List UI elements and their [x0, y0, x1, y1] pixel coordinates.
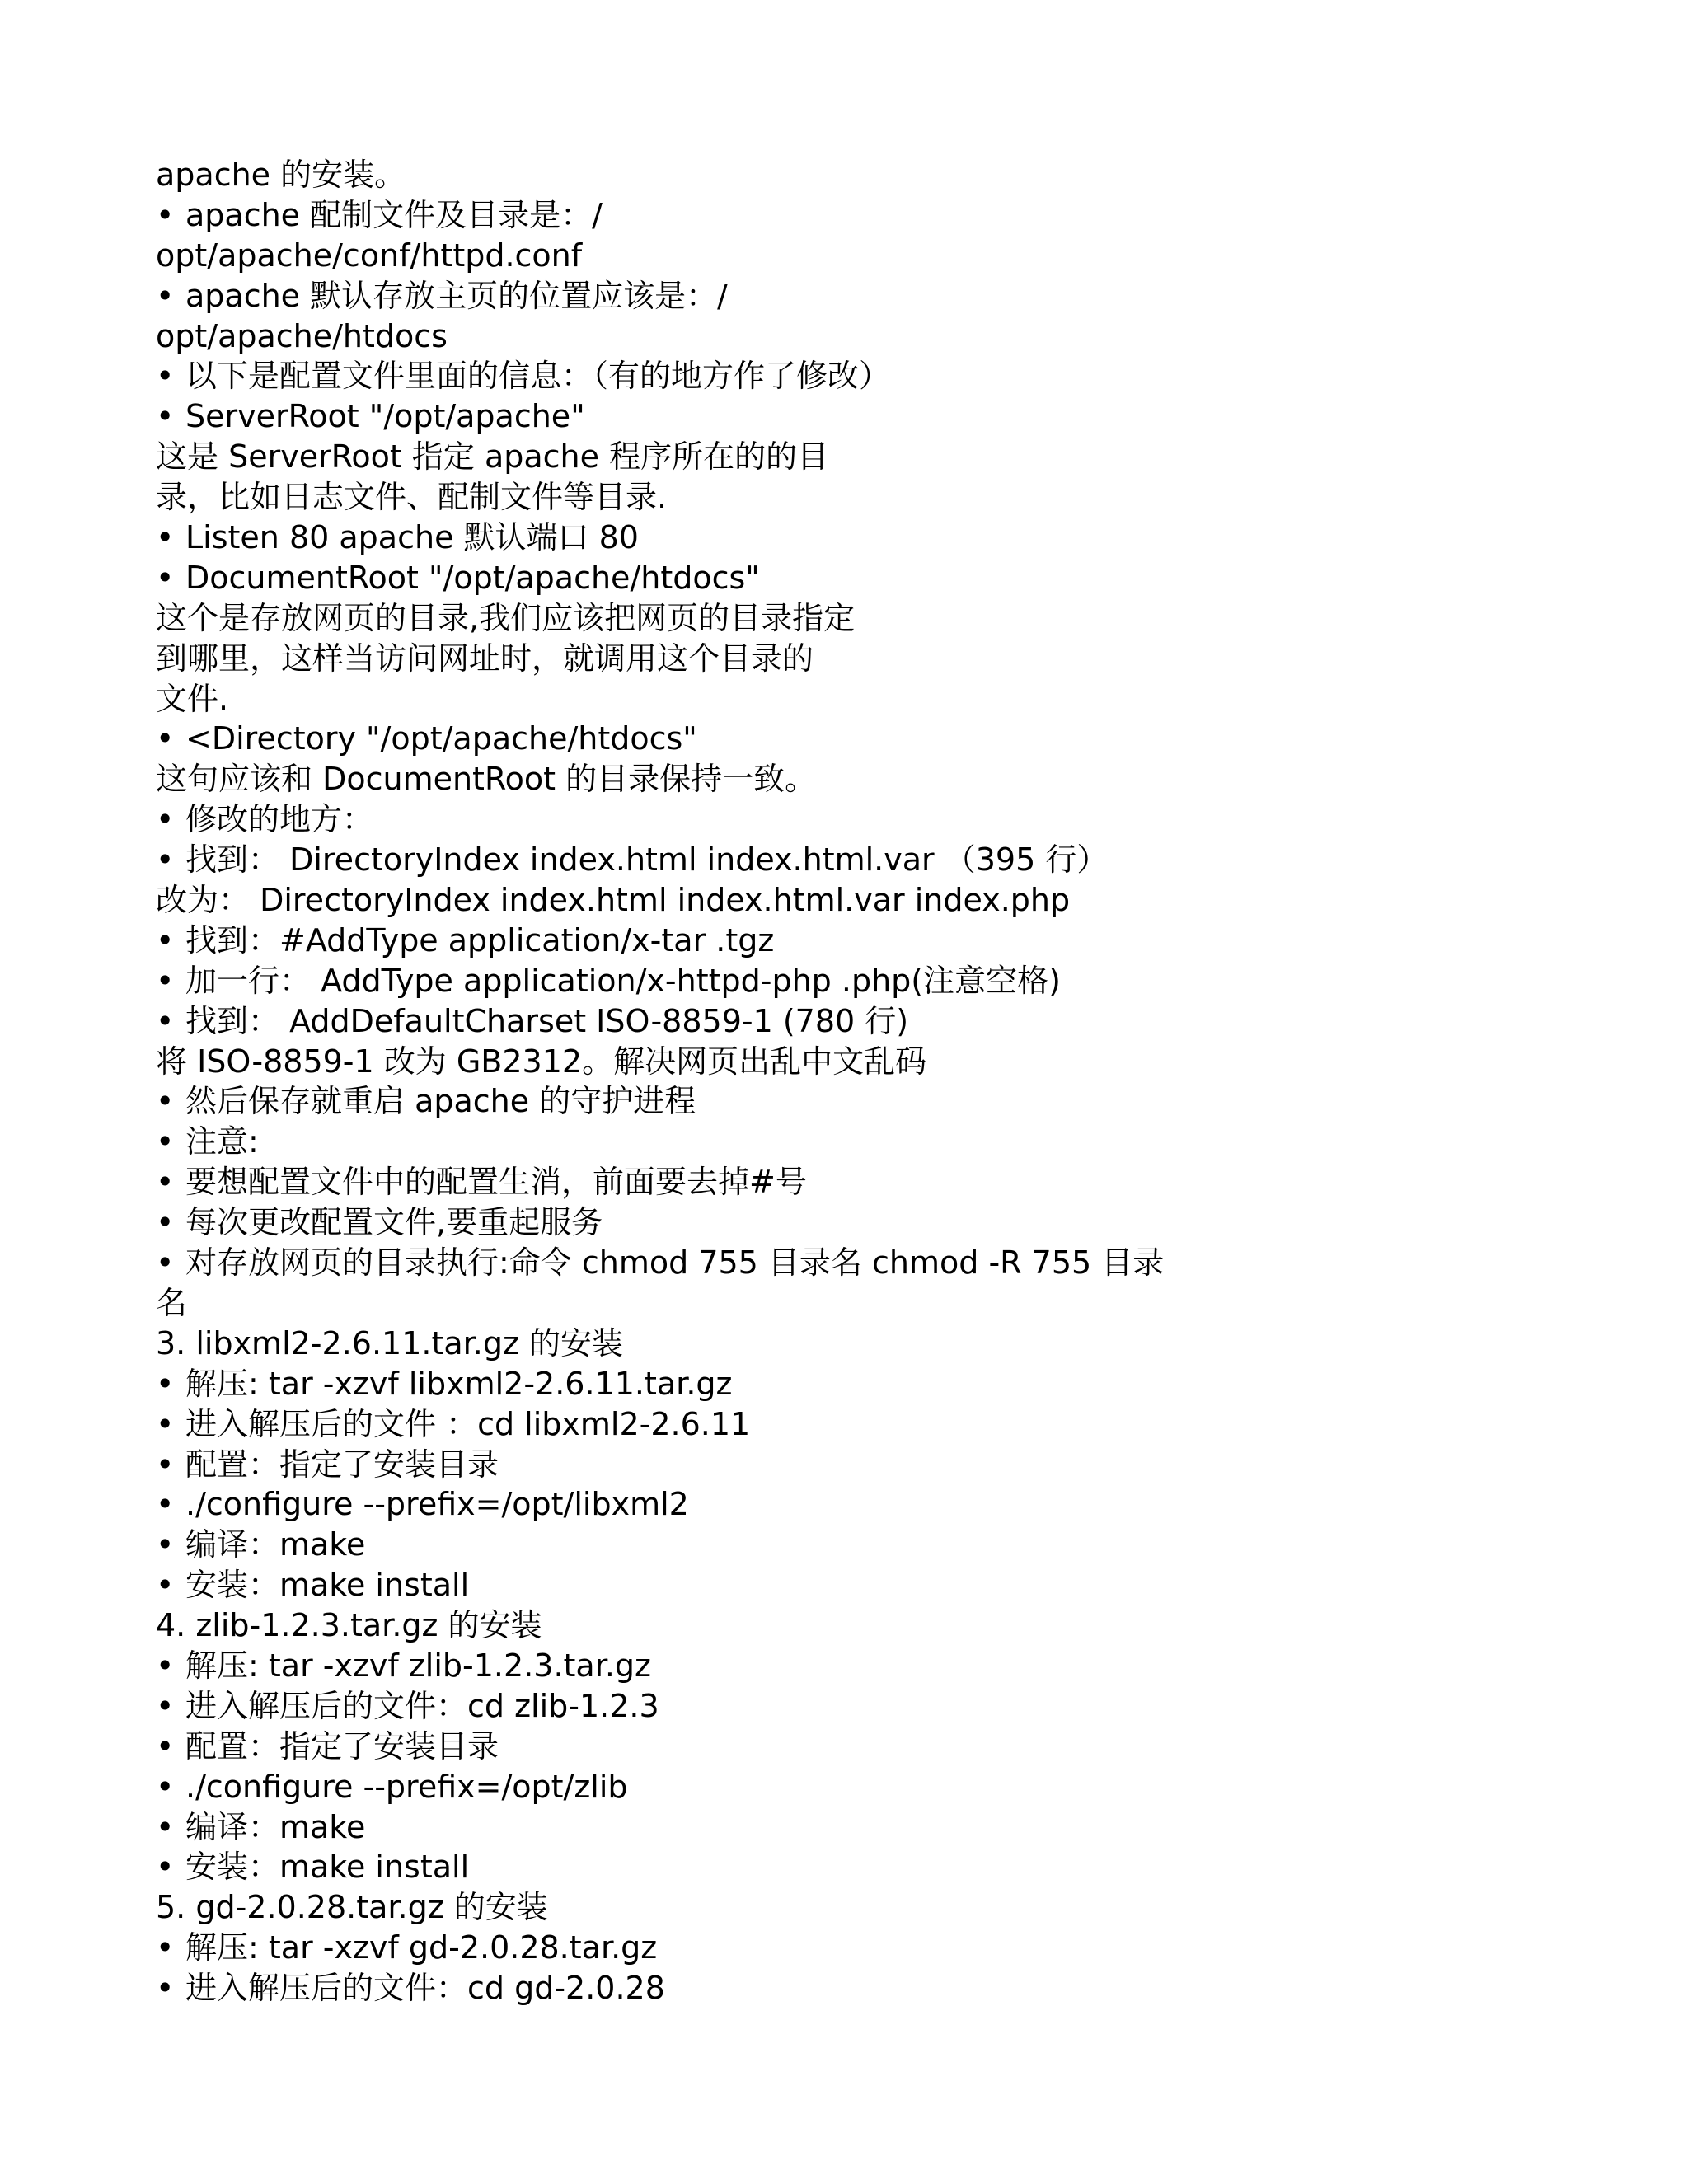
bullet-icon: • — [156, 1968, 185, 2008]
bullet-icon: • — [156, 961, 185, 1001]
bullet-icon: • — [156, 518, 185, 558]
bullet-line: •DocumentRoot "/opt/apache/htdocs" — [156, 558, 1557, 598]
bullet-icon: • — [156, 195, 185, 236]
bullet-line: •要想配置文件中的配置生消，前面要去掉#号 — [156, 1162, 1557, 1202]
bullet-icon: • — [156, 1484, 185, 1525]
bullet-line: •安装：make install — [156, 1847, 1557, 1887]
bullet-line: •进入解压后的文件 ：cd libxml2-2.6.11 — [156, 1404, 1557, 1445]
bullet-icon: • — [156, 1162, 185, 1202]
bullet-icon: • — [156, 1525, 185, 1565]
bullet-line: •apache 配制文件及目录是：/ — [156, 195, 1557, 236]
section-heading: 4. zlib-1.2.3.tar.gz 的安装 — [156, 1605, 1557, 1646]
bullet-icon: • — [156, 1081, 185, 1122]
bullet-line: •然后保存就重启 apache 的守护进程 — [156, 1081, 1557, 1122]
bullet-icon: • — [156, 1202, 185, 1243]
bullet-icon: • — [156, 1767, 185, 1807]
bullet-icon: • — [156, 1364, 185, 1404]
text-line: opt/apache/htdocs — [156, 316, 1557, 357]
bullet-line: •找到： AddDefaultCharset ISO-8859-1 (780 行… — [156, 1001, 1557, 1042]
bullet-line: •安装：make install — [156, 1565, 1557, 1605]
bullet-icon: • — [156, 396, 185, 437]
bullet-icon: • — [156, 1686, 185, 1727]
bullet-line: •编译：make — [156, 1525, 1557, 1565]
bullet-icon: • — [156, 719, 185, 759]
bullet-icon: • — [156, 1847, 185, 1887]
bullet-line: •注意: — [156, 1122, 1557, 1162]
text-line: 这个是存放网页的目录,我们应该把网页的目录指定 — [156, 598, 1557, 639]
bullet-line: •每次更改配置文件,要重起服务 — [156, 1202, 1557, 1243]
bullet-line: •ServerRoot "/opt/apache" — [156, 396, 1557, 437]
bullet-line: •找到： DirectoryIndex index.html index.htm… — [156, 840, 1557, 880]
bullet-icon: • — [156, 1565, 185, 1605]
text-line: 改为： DirectoryIndex index.html index.html… — [156, 880, 1557, 921]
bullet-line: •解压: tar -xzvf gd-2.0.28.tar.gz — [156, 1928, 1557, 1968]
bullet-line: •解压: tar -xzvf zlib-1.2.3.tar.gz — [156, 1646, 1557, 1686]
bullet-line: •进入解压后的文件：cd zlib-1.2.3 — [156, 1686, 1557, 1727]
bullet-icon: • — [156, 840, 185, 880]
text-line: 到哪里，这样当访问网址时，就调用这个目录的 — [156, 639, 1557, 679]
bullet-icon: • — [156, 1646, 185, 1686]
text-line: 名 — [156, 1283, 1557, 1324]
bullet-icon: • — [156, 1445, 185, 1485]
section-heading: 3. libxml2-2.6.11.tar.gz 的安装 — [156, 1324, 1557, 1364]
bullet-icon: • — [156, 921, 185, 961]
bullet-line: •apache 默认存放主页的位置应该是：/ — [156, 276, 1557, 316]
bullet-line: •以下是配置文件里面的信息：（有的地方作了修改） — [156, 356, 1557, 396]
section-heading: 5. gd-2.0.28.tar.gz 的安装 — [156, 1887, 1557, 1928]
bullet-line: •解压: tar -xzvf libxml2-2.6.11.tar.gz — [156, 1364, 1557, 1404]
bullet-icon: • — [156, 1404, 185, 1445]
bullet-line: •加一行： AddType application/x-httpd-php .p… — [156, 961, 1557, 1001]
bullet-icon: • — [156, 799, 185, 840]
bullet-icon: • — [156, 1122, 185, 1162]
bullet-icon: • — [156, 1727, 185, 1767]
bullet-line: •进入解压后的文件：cd gd-2.0.28 — [156, 1968, 1557, 2008]
text-line: opt/apache/conf/httpd.conf — [156, 236, 1557, 276]
bullet-icon: • — [156, 1243, 185, 1283]
bullet-icon: • — [156, 558, 185, 598]
bullet-line: •Listen 80 apache 默认端口 80 — [156, 518, 1557, 558]
bullet-line: •找到：#AddType application/x-tar .tgz — [156, 921, 1557, 961]
text-line: 这是 ServerRoot 指定 apache 程序所在的的目 — [156, 437, 1557, 477]
text-line: 录，比如日志文件、配制文件等目录. — [156, 477, 1557, 518]
bullet-line: •编译：make — [156, 1807, 1557, 1848]
text-line: 文件. — [156, 679, 1557, 719]
bullet-line: •配置：指定了安装目录 — [156, 1445, 1557, 1485]
bullet-line: •配置：指定了安装目录 — [156, 1727, 1557, 1767]
text-line: 这句应该和 DocumentRoot 的目录保持一致。 — [156, 759, 1557, 799]
bullet-icon: • — [156, 356, 185, 396]
bullet-icon: • — [156, 1807, 185, 1848]
bullet-line: •修改的地方： — [156, 799, 1557, 840]
bullet-line: •对存放网页的目录执行:命令 chmod 755 目录名 chmod -R 75… — [156, 1243, 1557, 1283]
bullet-icon: • — [156, 276, 185, 316]
bullet-line: •./configure --prefix=/opt/libxml2 — [156, 1484, 1557, 1525]
bullet-icon: • — [156, 1001, 185, 1042]
text-line: 将 ISO-8859-1 改为 GB2312。解决网页出乱中文乱码 — [156, 1042, 1557, 1082]
bullet-icon: • — [156, 1928, 185, 1968]
document-page: apache 的安装。 •apache 配制文件及目录是：/ opt/apach… — [156, 155, 1557, 2008]
bullet-line: •./configure --prefix=/opt/zlib — [156, 1767, 1557, 1807]
bullet-line: •<Directory "/opt/apache/htdocs" — [156, 719, 1557, 759]
text-line: apache 的安装。 — [156, 155, 1557, 195]
